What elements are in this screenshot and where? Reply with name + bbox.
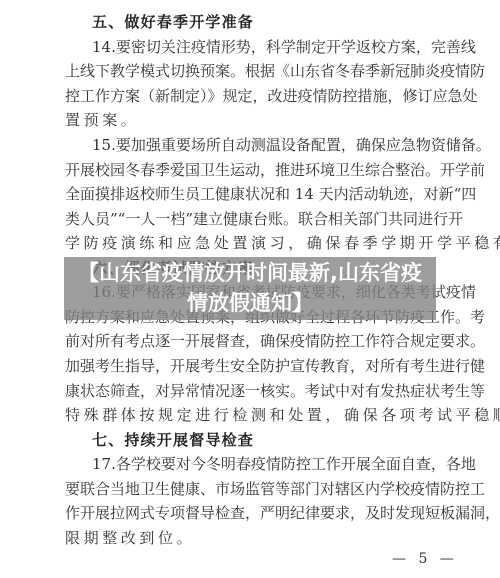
paragraph-line: 学防疫演练和应急处置演习，确保春季学期开学平稳有序。 [65,231,437,255]
paragraph-line: 14.要密切关注疫情形势，科学制定开学返校方案，完善线 [92,35,437,59]
paragraph-line: 15.要加强重要场所自动测温设备配置，确保应急物资储备。 [92,133,437,157]
paragraph-line: 特殊群体按规定进行检测和处置，确保各项考试平稳顺利。 [65,403,437,427]
overlay-title-line-2: 情放假通知】 [64,288,436,318]
paragraph-line: 要联合当地卫生健康、市场监管等部门对辖区内学校疫情防控工 [65,477,437,501]
paragraph-line: 17.各学校要对今冬明春疫情防控工作开展全面自查，各地 [92,452,437,476]
overlay-title: 【山东省疫情放开时间最新,山东省疫 情放假通知】 [64,258,436,318]
section-heading: 五、做好春季开学准备 [92,10,464,34]
paragraph-line: 开展校园冬春季爱国卫生运动，推进环境卫生综合整治。开学前 [65,158,437,182]
paragraph-line: 全面摸排返校师生员工健康状况和 14 天内活动轨迹，对新“四 [65,182,437,206]
paragraph-line: 上线下教学模式切换预案。根据《山东省冬春季新冠肺炎疫情防 [65,59,437,83]
overlay-title-line-1: 【山东省疫情放开时间最新,山东省疫 [64,258,436,288]
paragraph-line: 康状态筛查，对异常情况逐一核实。考试中对有发热症状考生等 [65,379,437,403]
paragraph-line: 置预案。 [65,108,437,132]
section-heading: 七、持续开展督导检查 [92,428,464,452]
paragraph-line: 限期整改到位。 [65,526,437,550]
paragraph-line: 作开展拉网式专项督导检查，严明纪律要求，及时发现短板漏洞， [65,501,437,525]
page-number: — 5 — [392,551,458,567]
paragraph-line: 控工作方案（新制定）》规定，改进疫情防控措施，修订应急处 [65,84,437,108]
paragraph-line: 类人员”“一人一档”建立健康台账。联合相关部门共同进行开 [65,207,437,231]
paragraph-line: 前对所有考点逐一开展督查，确保疫情防控工作符合规定要求。 [65,329,437,353]
paragraph-line: 加强考生指导，开展考生安全防护宣传教育，对所有考生进行健 [65,354,437,378]
